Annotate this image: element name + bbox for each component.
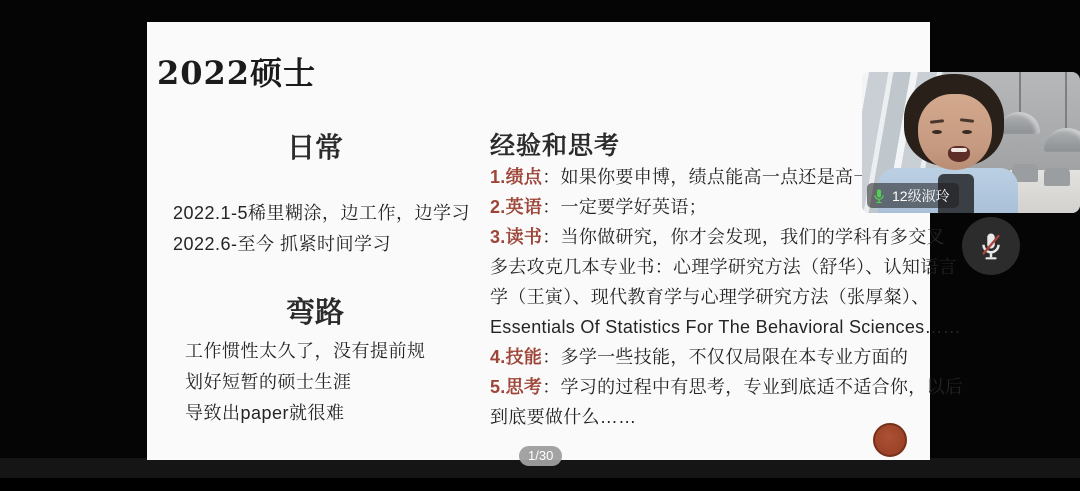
item-label: 3.读书 xyxy=(490,227,542,247)
item-label: 5.思考 xyxy=(490,377,542,397)
participant-name: 12级淑玲 xyxy=(892,186,950,206)
participant-name-tag: 12级淑玲 xyxy=(867,183,959,208)
detour-text: 工作惯性太久了，没有提前规 划好短暂的硕士生涯 导致出paper就很难 xyxy=(185,336,426,429)
item-text: ：当你做研究，你才会发现，我们的学科有多交叉 xyxy=(542,227,945,247)
meeting-screen: 2022硕士 日常 2022.1-5稀里糊涂，边工作，边学习 2022.6-至今… xyxy=(0,0,1080,491)
detour-line: 划好短暂的硕士生涯 xyxy=(185,367,426,398)
chair-shape xyxy=(1044,168,1070,186)
item-text: ：学习的过程中有思考，专业到底适不适合你，以后 xyxy=(542,377,963,397)
item-label: 2.英语 xyxy=(490,197,542,217)
page-indicator: 1/30 xyxy=(519,446,562,466)
list-item-continuation: 多去攻克几本专业书：心理学研究方法（舒华）、认知语言 xyxy=(490,252,963,282)
participant-video-tile[interactable]: 12级淑玲 xyxy=(862,72,1080,213)
lamp-icon xyxy=(1019,72,1021,114)
lamp-icon xyxy=(1044,128,1080,152)
list-item: 5.思考：学习的过程中有思考，专业到底适不适合你，以后 xyxy=(490,372,963,402)
mic-on-icon xyxy=(871,188,887,204)
list-item-continuation: 学（王寅）、现代教育学与心理学研究方法（张厚粲）、 xyxy=(490,282,963,312)
list-item: 3.读书：当你做研究，你才会发现，我们的学科有多交叉 xyxy=(490,222,963,252)
lamp-icon xyxy=(998,112,1040,134)
participant-teeth xyxy=(951,148,967,152)
participant-eye xyxy=(962,130,972,134)
slide-title: 2022硕士 xyxy=(157,48,316,94)
lamp-icon xyxy=(1065,72,1067,130)
list-item-continuation: Essentials Of Statistics For The Behavio… xyxy=(490,312,963,342)
experience-heading: 经验和思考 xyxy=(490,126,620,162)
detour-heading: 弯路 xyxy=(155,290,475,331)
slide-seal-logo xyxy=(873,423,907,457)
item-label: 1.绩点 xyxy=(490,167,542,187)
daily-line: 2022.6-至今 抓紧时间学习 xyxy=(173,229,470,260)
item-text: ：多学一些技能，不仅仅局限在本专业方面的 xyxy=(542,347,908,367)
item-label: 4.技能 xyxy=(490,347,542,367)
detour-line: 导致出paper就很难 xyxy=(185,398,426,429)
mic-muted-icon xyxy=(976,231,1006,261)
mic-muted-button[interactable] xyxy=(962,217,1020,275)
item-text: ：如果你要申博，绩点能高一点还是高一点； xyxy=(542,167,908,187)
item-text: ：一定要学好英语； xyxy=(542,197,707,217)
detour-line: 工作惯性太久了，没有提前规 xyxy=(185,336,426,367)
shared-slide: 2022硕士 日常 2022.1-5稀里糊涂，边工作，边学习 2022.6-至今… xyxy=(147,22,930,460)
bottom-bar xyxy=(0,478,1080,491)
list-item: 4.技能：多学一些技能，不仅仅局限在本专业方面的 xyxy=(490,342,963,372)
participant-eye xyxy=(932,130,942,134)
daily-text: 2022.1-5稀里糊涂，边工作，边学习 2022.6-至今 抓紧时间学习 xyxy=(173,198,470,260)
daily-line: 2022.1-5稀里糊涂，边工作，边学习 xyxy=(173,198,470,229)
daily-heading: 日常 xyxy=(155,126,475,166)
